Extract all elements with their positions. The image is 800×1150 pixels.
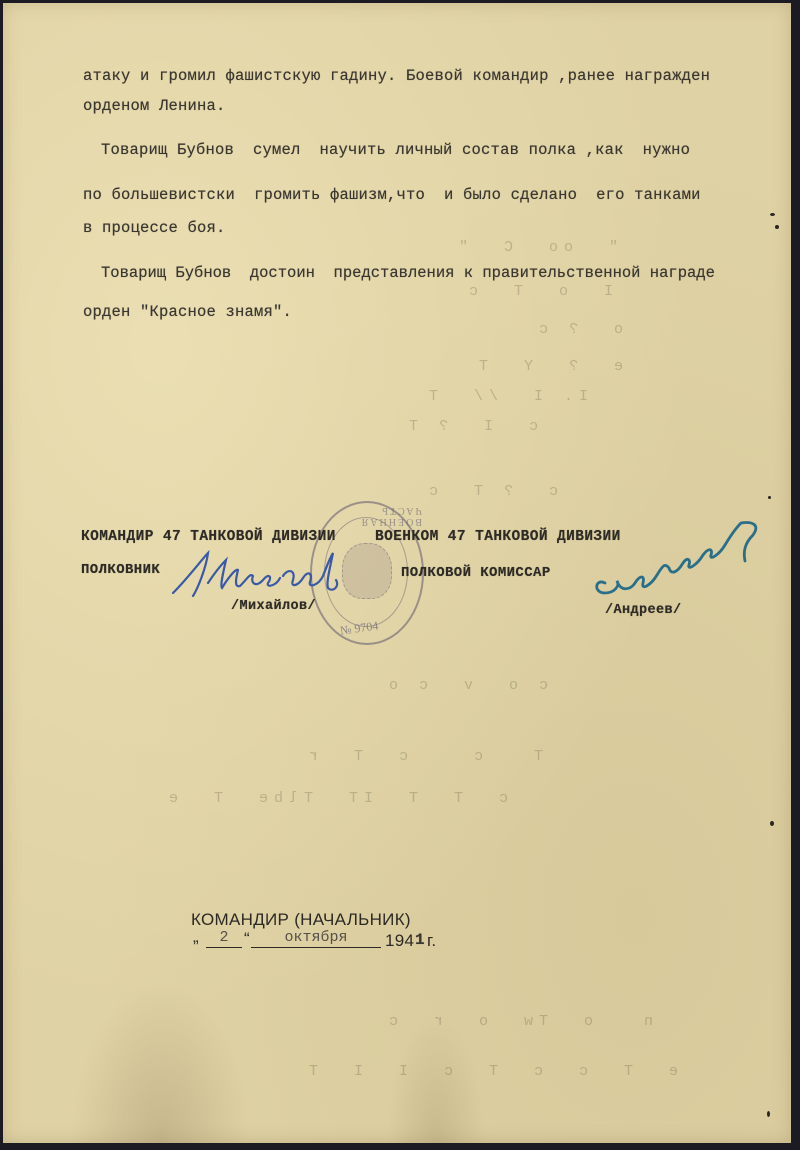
bleed-through-text: e ? Y T bbox=[473, 358, 623, 375]
date-close-quote: “ bbox=[244, 929, 250, 949]
date-month-field: октября bbox=[251, 929, 381, 948]
paragraph-1-line-1: атаку и громил фашистскую гадину. Боевой… bbox=[83, 69, 710, 85]
paragraph-2-line-2: по большевистски громить фашизм,что и бы… bbox=[83, 188, 701, 204]
date-year-suffix: 1 bbox=[415, 932, 425, 948]
bleed-through-text: e T c c T c I I T bbox=[303, 1063, 678, 1080]
paragraph-1-line-2: орденом Ленина. bbox=[83, 99, 226, 115]
left-signatory-title: КОМАНДИР 47 ТАНКОВОЙ ДИВИЗИИ bbox=[81, 530, 336, 545]
date-year-prefix: 194 bbox=[385, 931, 414, 951]
right-handwritten-signature bbox=[585, 513, 775, 613]
paper-speck bbox=[770, 821, 774, 826]
bleed-through-text: c o v c o bbox=[383, 677, 548, 694]
bleed-through-text: c T T IT Tlbe T e bbox=[163, 790, 508, 807]
paper-speck bbox=[770, 213, 775, 216]
stamp-ring-text: ВОЕННАЯ ЧАСТЬ bbox=[342, 505, 422, 527]
commander-printed-title: КОМАНДИР (НАЧАЛЬНИК) bbox=[191, 910, 411, 930]
date-open-quote: „ bbox=[193, 927, 199, 947]
date-year-unit: г. bbox=[427, 931, 436, 951]
bleed-through-text: I o T c bbox=[463, 283, 613, 300]
bleed-through-text: c I ? T bbox=[403, 418, 538, 435]
paper-speck bbox=[775, 225, 779, 229]
paragraph-3-line-2: орден "Красное знамя". bbox=[83, 305, 292, 321]
bleed-through-text: I. I // T bbox=[423, 388, 588, 405]
right-signatory-rank: ПОЛКОВОЙ КОМИССАР bbox=[401, 566, 551, 580]
date-day-field: 2 bbox=[206, 929, 242, 948]
bleed-through-text: c ? T c bbox=[423, 483, 558, 500]
paper-speck bbox=[767, 1111, 770, 1117]
document-page: " oo C " I o T c o ? c e ? Y T I. I // T… bbox=[3, 3, 791, 1143]
paper-speck bbox=[768, 496, 771, 499]
paragraph-2-line-1: Товарищ Бубнов сумел научить личный сост… bbox=[101, 143, 690, 159]
date-day-value: 2 bbox=[219, 929, 228, 946]
left-signatory-name: /Михайлов/ bbox=[231, 600, 316, 614]
left-signatory-rank: ПОЛКОВНИК bbox=[81, 563, 160, 577]
paragraph-3-line-1: Товарищ Бубнов достоин представления к п… bbox=[101, 266, 715, 282]
right-signatory-title: ВОЕНКОМ 47 ТАНКОВОЙ ДИВИЗИИ bbox=[375, 530, 621, 545]
date-month-value: октября bbox=[284, 929, 347, 946]
bleed-through-text: n o Tw o r c bbox=[383, 1013, 653, 1030]
bleed-through-text: o ? c bbox=[533, 321, 623, 338]
right-signatory-name: /Андреев/ bbox=[605, 604, 682, 618]
stamp-number: № 9704 bbox=[339, 618, 379, 638]
bleed-through-text: " oo C " bbox=[453, 239, 618, 256]
paragraph-2-line-3: в процессе боя. bbox=[83, 221, 226, 237]
bleed-through-text: T c c T r bbox=[303, 748, 543, 765]
